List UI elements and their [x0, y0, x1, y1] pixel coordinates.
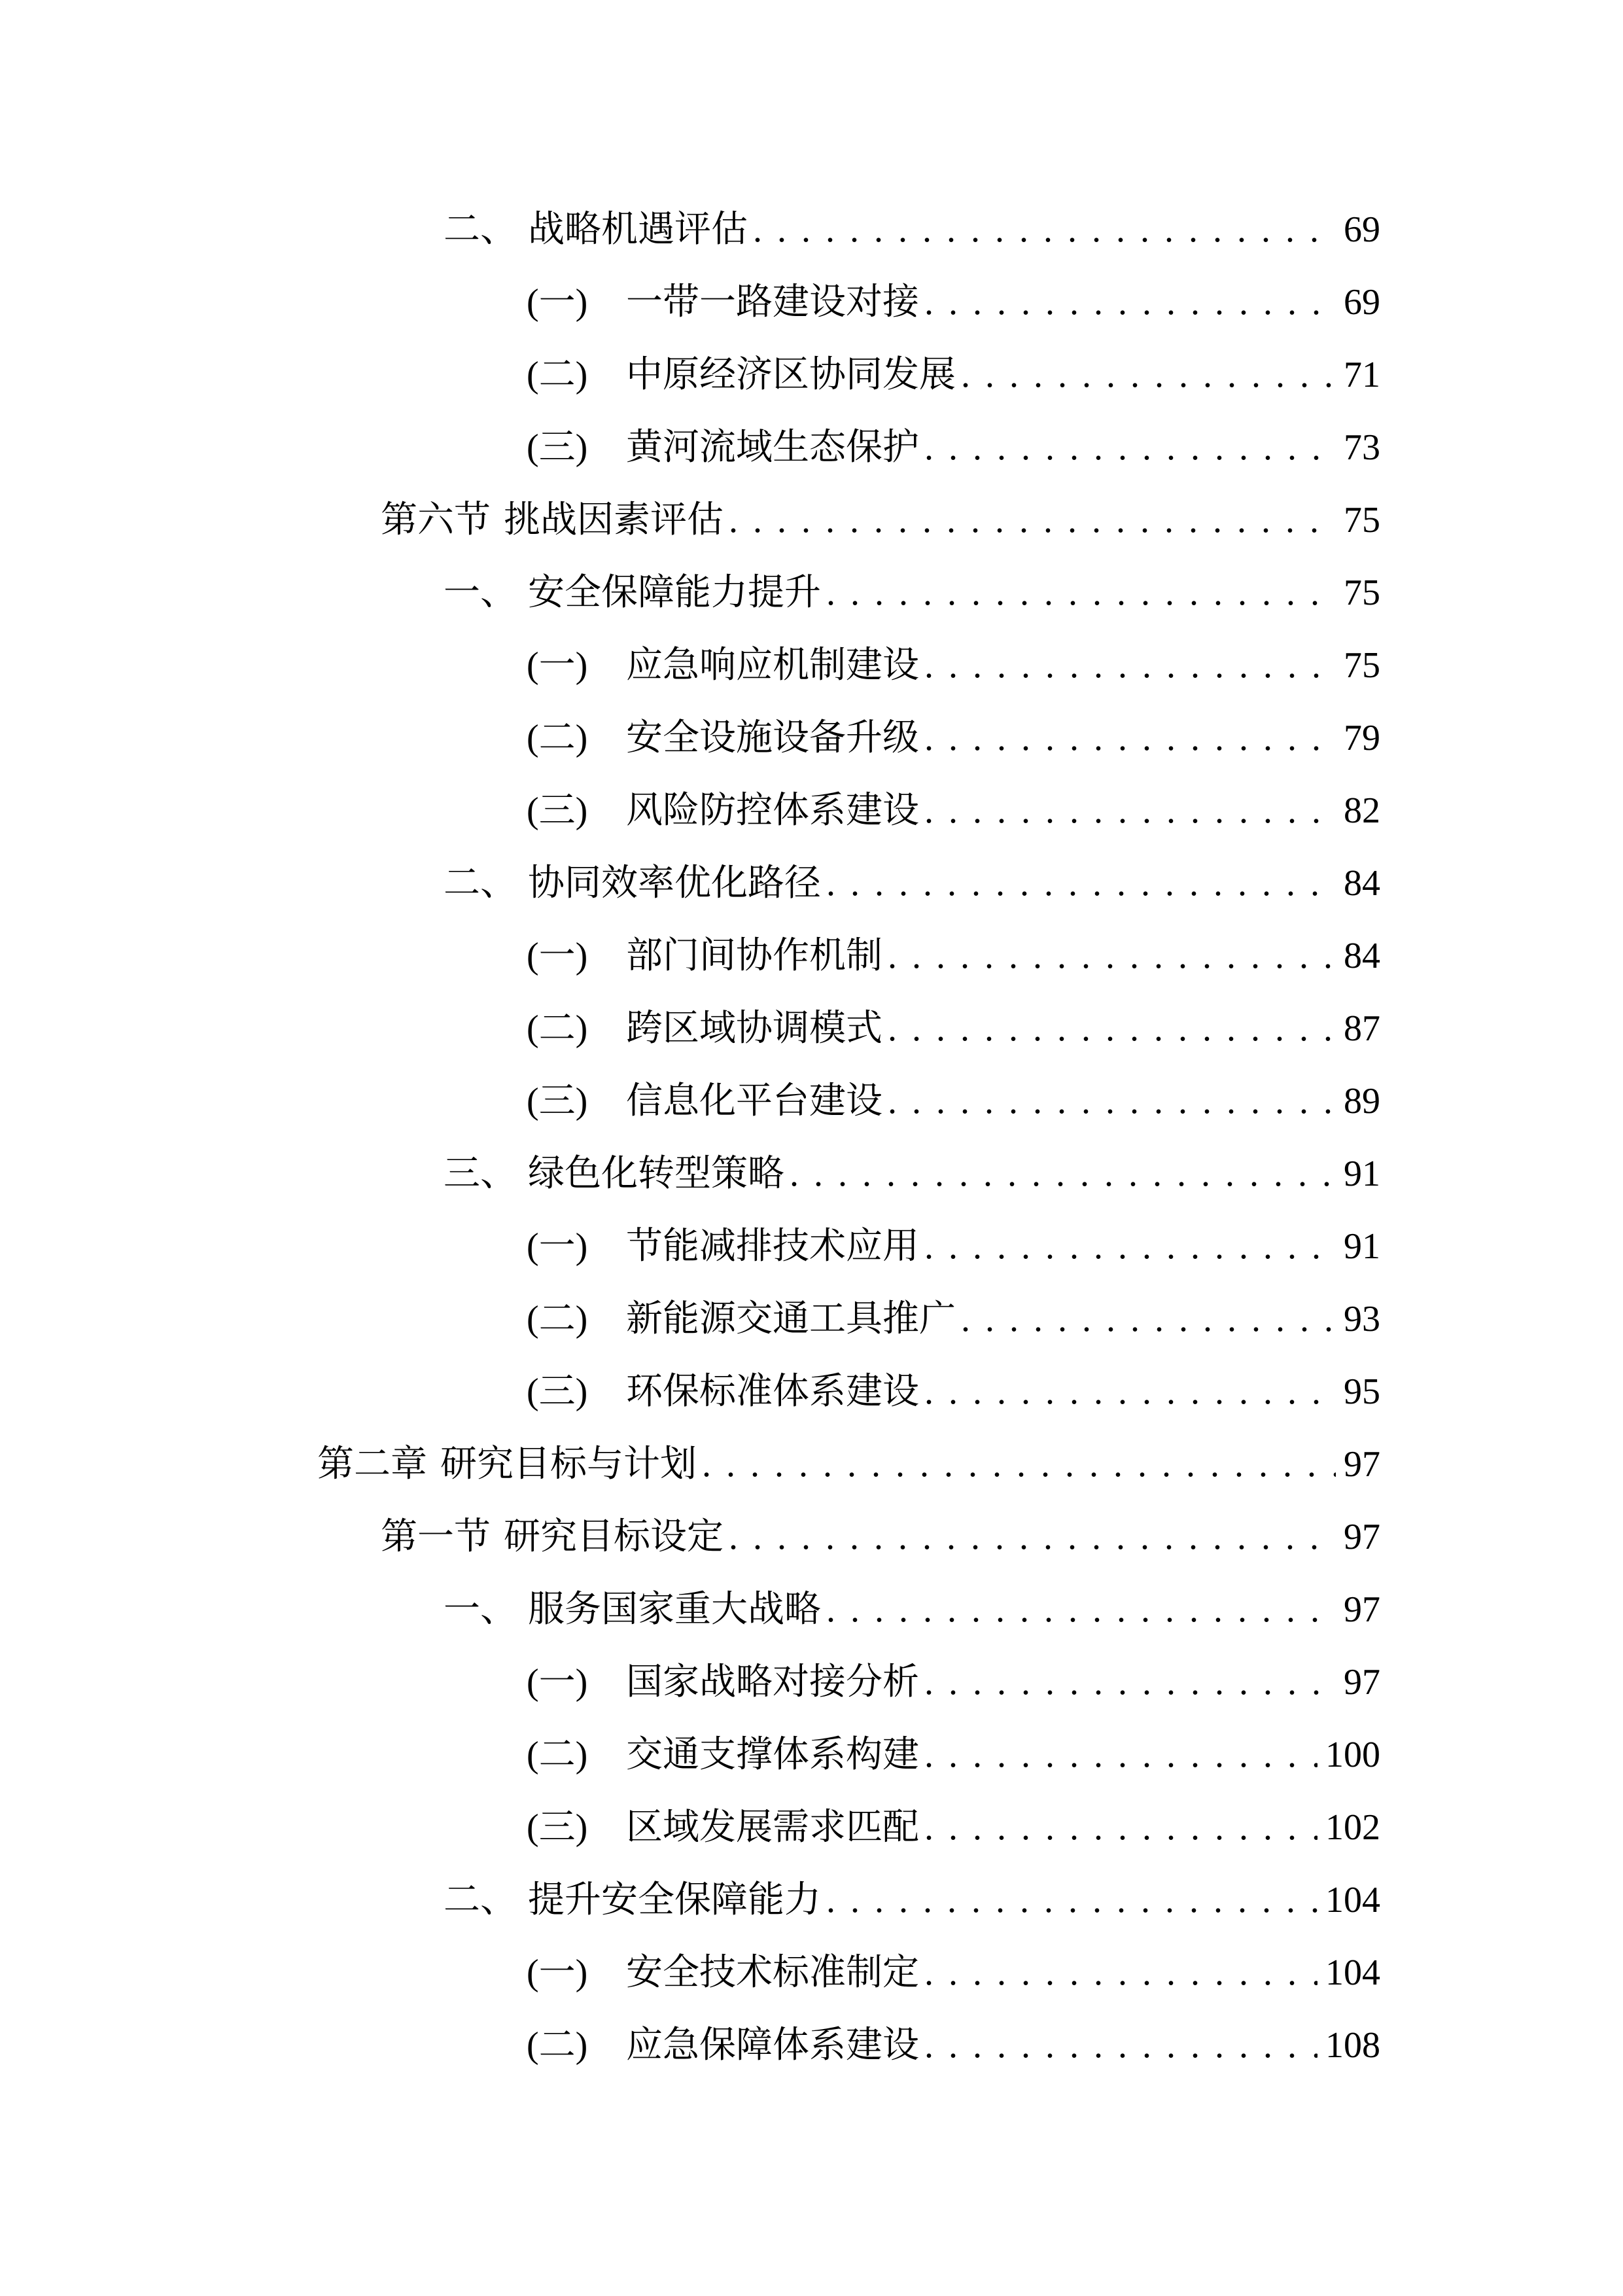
- toc-entry-page: 73: [1336, 412, 1380, 484]
- toc-entry[interactable]: (一) 安全技术标准制定 . . . . . . . . . . . . . .…: [0, 1937, 1623, 2009]
- toc-entry-number: (二): [527, 702, 626, 775]
- toc-entry[interactable]: (三) 环保标准体系建设 . . . . . . . . . . . . . .…: [0, 1356, 1623, 1428]
- dot-leader: . . . . . . . . . . . . . . . . . . . . …: [748, 194, 1336, 266]
- toc-entry-number: 一、: [444, 1574, 528, 1646]
- toc-entry-title: 跨区域协调模式: [626, 993, 882, 1065]
- toc-entry[interactable]: (二) 跨区域协调模式 . . . . . . . . . . . . . . …: [0, 993, 1623, 1065]
- dot-leader: . . . . . . . . . . . . . . . . . . . . …: [919, 412, 1336, 484]
- dot-leader: . . . . . . . . . . . . . . . . . . . . …: [882, 920, 1336, 993]
- toc-entry-title: 节能减排技术应用: [626, 1210, 919, 1283]
- toc-entry-number: (一): [527, 1210, 626, 1283]
- document-page: 二、 战略机遇评估 . . . . . . . . . . . . . . . …: [0, 0, 1623, 2296]
- toc-entry-number: 二、: [444, 1864, 528, 1937]
- toc-entry[interactable]: (一) 国家战略对接分析 . . . . . . . . . . . . . .…: [0, 1646, 1623, 1719]
- dot-leader: . . . . . . . . . . . . . . . . . . . . …: [919, 1646, 1336, 1719]
- toc-entry-title: 环保标准体系建设: [626, 1356, 919, 1428]
- dot-leader: . . . . . . . . . . . . . . . . . . . . …: [919, 1210, 1336, 1283]
- toc-entry-title: 研究目标设定: [504, 1501, 724, 1574]
- toc-entry[interactable]: (三) 区域发展需求匹配 . . . . . . . . . . . . . .…: [0, 1792, 1623, 1864]
- toc-entry-page: 91: [1336, 1138, 1380, 1210]
- toc-entry[interactable]: (二) 交通支撑体系构建 . . . . . . . . . . . . . .…: [0, 1719, 1623, 1792]
- dot-leader: . . . . . . . . . . . . . . . . . . . . …: [919, 1792, 1318, 1864]
- toc-entry-number: (一): [527, 920, 626, 993]
- toc-entry-title: 部门间协作机制: [626, 920, 882, 993]
- toc-entry[interactable]: (二) 中原经济区协同发展 . . . . . . . . . . . . . …: [0, 339, 1623, 412]
- dot-leader: . . . . . . . . . . . . . . . . . . . . …: [919, 775, 1336, 847]
- toc-entry-title: 服务国家重大战略: [528, 1574, 821, 1646]
- toc-entry-title: 绿色化转型策略: [528, 1138, 784, 1210]
- toc-entry-page: 89: [1336, 1065, 1380, 1138]
- toc-entry[interactable]: (二) 安全设施设备升级 . . . . . . . . . . . . . .…: [0, 702, 1623, 775]
- toc-entry[interactable]: (一) 节能减排技术应用 . . . . . . . . . . . . . .…: [0, 1210, 1623, 1283]
- toc-entry-number: (二): [527, 1719, 626, 1792]
- toc-entry[interactable]: 二、 提升安全保障能力 . . . . . . . . . . . . . . …: [0, 1864, 1623, 1937]
- dot-leader: . . . . . . . . . . . . . . . . . . . . …: [821, 1864, 1318, 1937]
- toc-entry-number: 第二章: [317, 1428, 427, 1501]
- dot-leader: . . . . . . . . . . . . . . . . . . . . …: [919, 1937, 1318, 2009]
- toc-entry-number: (二): [527, 2009, 626, 2082]
- dot-leader: . . . . . . . . . . . . . . . . . . . . …: [882, 1065, 1336, 1138]
- dot-leader: . . . . . . . . . . . . . . . . . . . . …: [724, 484, 1336, 557]
- toc-entry-page: 75: [1336, 557, 1380, 629]
- toc-entry-number: 第一节: [381, 1501, 491, 1574]
- toc-entry[interactable]: 三、 绿色化转型策略 . . . . . . . . . . . . . . .…: [0, 1138, 1623, 1210]
- toc-entry-page: 104: [1318, 1864, 1380, 1937]
- toc-entry-page: 69: [1336, 266, 1380, 339]
- toc-entry-page: 95: [1336, 1356, 1380, 1428]
- toc-entry-number: (一): [527, 1646, 626, 1719]
- toc-entry-page: 87: [1336, 993, 1380, 1065]
- toc-entry-title: 新能源交通工具推广: [626, 1283, 956, 1356]
- dot-leader: . . . . . . . . . . . . . . . . . . . . …: [919, 1719, 1318, 1792]
- dot-leader: . . . . . . . . . . . . . . . . . . . . …: [821, 1574, 1336, 1646]
- toc-entry-page: 75: [1336, 484, 1380, 557]
- toc-entry-page: 84: [1336, 847, 1380, 920]
- toc-entry-title: 安全设施设备升级: [626, 702, 919, 775]
- toc-entry[interactable]: 二、 协同效率优化路径 . . . . . . . . . . . . . . …: [0, 847, 1623, 920]
- toc-entry-page: 82: [1336, 775, 1380, 847]
- toc-entry[interactable]: (三) 信息化平台建设 . . . . . . . . . . . . . . …: [0, 1065, 1623, 1138]
- toc-entry[interactable]: (一) 一带一路建设对接 . . . . . . . . . . . . . .…: [0, 266, 1623, 339]
- toc-entry-page: 100: [1318, 1719, 1380, 1792]
- dot-leader: . . . . . . . . . . . . . . . . . . . . …: [697, 1428, 1336, 1501]
- toc-entry-page: 75: [1336, 629, 1380, 702]
- toc-entry-title: 研究目标与计划: [440, 1428, 697, 1501]
- toc-entry-page: 104: [1318, 1937, 1380, 2009]
- toc-entry[interactable]: 二、 战略机遇评估 . . . . . . . . . . . . . . . …: [0, 194, 1623, 266]
- toc-entry-page: 79: [1336, 702, 1380, 775]
- toc-entry-number: (三): [527, 412, 626, 484]
- toc-entry-page: 102: [1318, 1792, 1380, 1864]
- toc-entry-title: 中原经济区协同发展: [626, 339, 956, 412]
- toc-entry-title: 交通支撑体系构建: [626, 1719, 919, 1792]
- toc-entry[interactable]: 第一节 研究目标设定 . . . . . . . . . . . . . . .…: [0, 1501, 1623, 1574]
- toc-entry-title: 区域发展需求匹配: [626, 1792, 919, 1864]
- toc-entry-page: 93: [1336, 1283, 1380, 1356]
- dot-leader: . . . . . . . . . . . . . . . . . . . . …: [919, 629, 1336, 702]
- toc-entry[interactable]: (二) 新能源交通工具推广 . . . . . . . . . . . . . …: [0, 1283, 1623, 1356]
- toc-entry-number: 二、: [444, 194, 528, 266]
- dot-leader: . . . . . . . . . . . . . . . . . . . . …: [784, 1138, 1336, 1210]
- toc-entry[interactable]: (一) 应急响应机制建设 . . . . . . . . . . . . . .…: [0, 629, 1623, 702]
- dot-leader: . . . . . . . . . . . . . . . . . . . . …: [919, 702, 1336, 775]
- toc-entry-title: 应急保障体系建设: [626, 2009, 919, 2082]
- dot-leader: . . . . . . . . . . . . . . . . . . . . …: [821, 557, 1336, 629]
- dot-leader: . . . . . . . . . . . . . . . . . . . . …: [919, 266, 1336, 339]
- toc-entry-number: (三): [527, 775, 626, 847]
- toc-entry-page: 69: [1336, 194, 1380, 266]
- toc-entry-title: 提升安全保障能力: [528, 1864, 821, 1937]
- toc-entry-page: 84: [1336, 920, 1380, 993]
- toc-entry-page: 97: [1336, 1646, 1380, 1719]
- toc-entry-number: (一): [527, 1937, 626, 2009]
- toc-entry-page: 97: [1336, 1428, 1380, 1501]
- toc-entry-page: 91: [1336, 1210, 1380, 1283]
- table-of-contents: 二、 战略机遇评估 . . . . . . . . . . . . . . . …: [0, 194, 1623, 2082]
- toc-entry-number: 第六节: [381, 484, 491, 557]
- toc-entry-title: 信息化平台建设: [626, 1065, 882, 1138]
- toc-entry-number: 二、: [444, 847, 528, 920]
- dot-leader: . . . . . . . . . . . . . . . . . . . . …: [882, 993, 1336, 1065]
- toc-entry-number: (三): [527, 1792, 626, 1864]
- toc-entry[interactable]: (三) 风险防控体系建设 . . . . . . . . . . . . . .…: [0, 775, 1623, 847]
- toc-entry[interactable]: (一) 部门间协作机制 . . . . . . . . . . . . . . …: [0, 920, 1623, 993]
- toc-entry-title: 一带一路建设对接: [626, 266, 919, 339]
- dot-leader: . . . . . . . . . . . . . . . . . . . . …: [919, 2009, 1318, 2082]
- toc-entry-title: 协同效率优化路径: [528, 847, 821, 920]
- toc-entry-number: (二): [527, 993, 626, 1065]
- dot-leader: . . . . . . . . . . . . . . . . . . . . …: [821, 847, 1336, 920]
- toc-entry-number: (一): [527, 629, 626, 702]
- toc-entry-title: 黄河流域生态保护: [626, 412, 919, 484]
- toc-entry[interactable]: 第六节 挑战因素评估 . . . . . . . . . . . . . . .…: [0, 484, 1623, 557]
- dot-leader: . . . . . . . . . . . . . . . . . . . . …: [919, 1356, 1336, 1428]
- toc-entry-title: 挑战因素评估: [504, 484, 724, 557]
- toc-entry-number: (三): [527, 1065, 626, 1138]
- toc-entry[interactable]: 一、 服务国家重大战略 . . . . . . . . . . . . . . …: [0, 1574, 1623, 1646]
- toc-entry[interactable]: 一、 安全保障能力提升 . . . . . . . . . . . . . . …: [0, 557, 1623, 629]
- toc-entry-page: 97: [1336, 1574, 1380, 1646]
- toc-entry[interactable]: 第二章 研究目标与计划 . . . . . . . . . . . . . . …: [0, 1428, 1623, 1501]
- toc-entry-title: 安全保障能力提升: [528, 557, 821, 629]
- toc-entry-number: 三、: [444, 1138, 528, 1210]
- toc-entry[interactable]: (三) 黄河流域生态保护 . . . . . . . . . . . . . .…: [0, 412, 1623, 484]
- toc-entry-number: 一、: [444, 557, 528, 629]
- dot-leader: . . . . . . . . . . . . . . . . . . . . …: [956, 339, 1336, 412]
- toc-entry-page: 97: [1336, 1501, 1380, 1574]
- toc-entry-number: (三): [527, 1356, 626, 1428]
- toc-entry-number: (二): [527, 1283, 626, 1356]
- dot-leader: . . . . . . . . . . . . . . . . . . . . …: [724, 1501, 1336, 1574]
- toc-entry-number: (二): [527, 339, 626, 412]
- toc-entry-number: (一): [527, 266, 626, 339]
- toc-entry[interactable]: (二) 应急保障体系建设 . . . . . . . . . . . . . .…: [0, 2009, 1623, 2082]
- toc-entry-title: 风险防控体系建设: [626, 775, 919, 847]
- toc-entry-title: 战略机遇评估: [528, 194, 748, 266]
- toc-entry-title: 国家战略对接分析: [626, 1646, 919, 1719]
- dot-leader: . . . . . . . . . . . . . . . . . . . . …: [956, 1283, 1336, 1356]
- toc-entry-page: 71: [1336, 339, 1380, 412]
- toc-entry-title: 应急响应机制建设: [626, 629, 919, 702]
- toc-entry-page: 108: [1318, 2009, 1380, 2082]
- toc-entry-title: 安全技术标准制定: [626, 1937, 919, 2009]
